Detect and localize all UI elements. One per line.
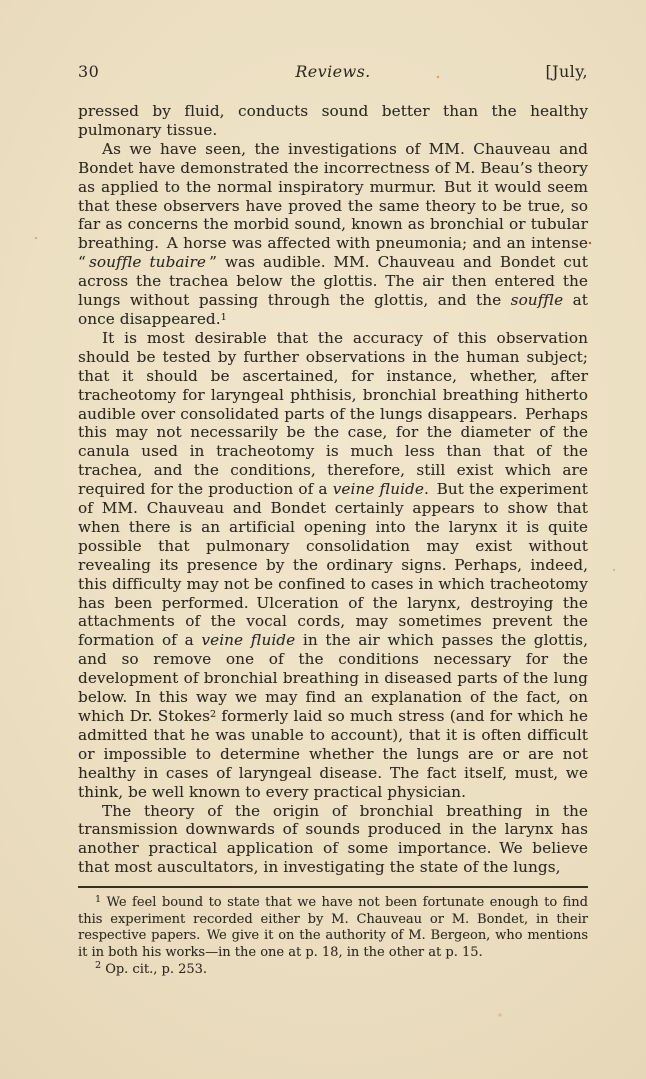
footnote-2-marker: 2 (95, 960, 101, 971)
footnotes: 1 We feel bound to state that we have no… (78, 895, 588, 978)
running-title: Reviews. (228, 62, 438, 81)
footnote-separator (78, 886, 588, 888)
page-header: 30 Reviews. [July, (78, 62, 588, 81)
issue-date: [July, (438, 62, 588, 81)
paragraph-3-text: It is most desirable that the accuracy o… (78, 329, 588, 498)
italic-phrase-veine-fluide: veine fluide (201, 631, 295, 649)
paragraph-1: pressed by fluid, conducts sound better … (78, 102, 588, 140)
footnote-1-text: We feel bound to state that we have not … (78, 895, 588, 960)
body-text: pressed by fluid, conducts sound better … (78, 102, 588, 877)
italic-phrase-veine-fluide: veine fluide (333, 480, 424, 498)
footnote-ref-1: 1 (221, 312, 227, 323)
page-number: 30 (78, 62, 228, 81)
italic-phrase-souffle-tubaire: souffle tubaire (89, 253, 206, 271)
footnote-2: 2 Op. cit., p. 253. (78, 962, 588, 979)
scanned-book-page: 30 Reviews. [July, pressed by fluid, con… (0, 0, 646, 1079)
paragraph-3-text: . But the experiment of MM. Chauveau and… (78, 480, 588, 649)
paragraph-1-text: pressed by fluid, conducts sound better … (78, 102, 588, 139)
paragraph-4: The theory of the origin of bronchial br… (78, 802, 588, 878)
paragraph-2-text: As we have seen, the investigations of M… (78, 140, 588, 271)
paragraph-2: As we have seen, the investigations of M… (78, 140, 588, 329)
italic-phrase-souffle: souffle (511, 291, 564, 309)
footnote-2-text: Op. cit., p. 253. (105, 962, 207, 977)
paragraph-3: It is most desirable that the accuracy o… (78, 329, 588, 802)
footnote-1: 1 We feel bound to state that we have no… (78, 895, 588, 961)
footnote-ref-2: 2 (210, 709, 216, 720)
footnote-1-marker: 1 (95, 894, 101, 905)
paragraph-4-text: The theory of the origin of bronchial br… (78, 802, 588, 877)
